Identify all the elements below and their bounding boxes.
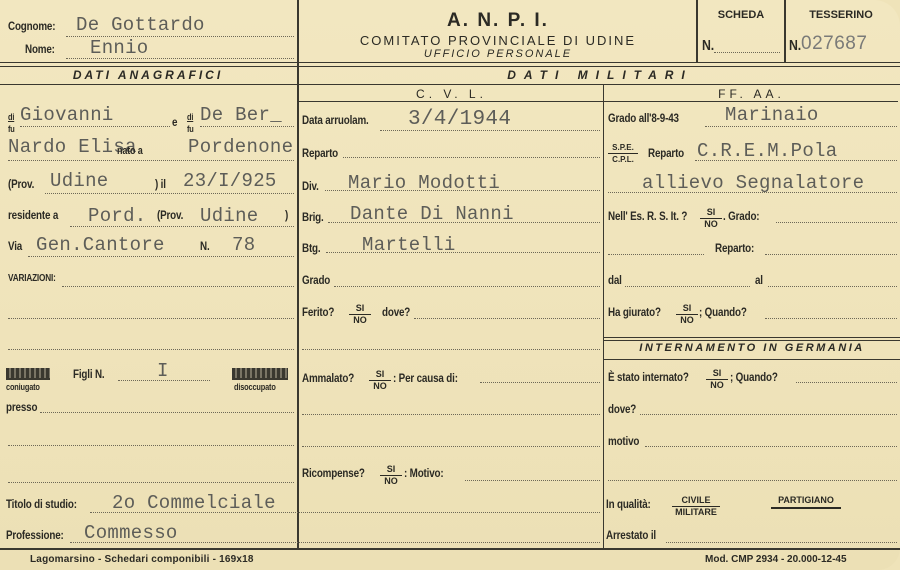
arrestato-line [666, 542, 897, 543]
rule-header [0, 62, 900, 63]
celibe-struck [6, 368, 50, 380]
internato-label: È stato internato? [608, 370, 689, 384]
nato-label: nato a [117, 145, 143, 157]
internamento-title: INTERNAMENTO IN GERMANIA [604, 342, 900, 354]
residente-value: Pord. [88, 205, 147, 227]
padre-line [20, 126, 170, 127]
esrsi-label: Nell' Es. R. S. It. ? [608, 209, 687, 223]
ferito-line-2 [302, 349, 600, 350]
prov-value: Udine [50, 170, 109, 192]
e-label: e [172, 115, 177, 129]
reparto-line [343, 157, 600, 158]
residente-line [70, 226, 294, 227]
rule-subsections [298, 101, 898, 102]
reparto2-line-left [608, 254, 704, 255]
data-arruolam-value: 3/4/1944 [408, 108, 511, 131]
giurato-quando-line [765, 318, 897, 319]
giurato-quando-label: ; Quando? [699, 305, 747, 319]
giurato-label: Ha giurato? [608, 305, 661, 319]
tesserino-label: TESSERINO [786, 9, 896, 21]
via-label: Via [8, 239, 22, 253]
ffaa-grado-line [705, 126, 897, 127]
internamento-motivo-line [645, 446, 897, 447]
reparto2-line [765, 254, 897, 255]
ammalato-si-no: SINO [369, 369, 391, 392]
nome-value: Ennio [90, 37, 149, 59]
ffaa-grado-label: Grado all'8-9-43 [608, 111, 679, 125]
numero-value: 78 [232, 234, 255, 256]
motivo-line [465, 480, 600, 481]
office-title: UFFICIO PERSONALE [300, 48, 696, 60]
reparto-label: Reparto [302, 146, 338, 160]
rule-footer [0, 548, 900, 550]
il-label: ) il [155, 177, 166, 191]
div-label: Div. [302, 179, 319, 193]
cognome-label: Cognome: [8, 19, 55, 33]
dati-anagrafici-title: DATI ANAGRAFICI [0, 68, 296, 82]
padre-di-label: di [8, 112, 14, 122]
internato-quando-line [796, 382, 897, 383]
esrsi-grado-label: . Grado: [723, 209, 759, 223]
figli-value: I [157, 360, 169, 382]
esrsi-si-no: SINO [700, 207, 722, 230]
ffaa-reparto-value-2: allievo Segnalatore [642, 172, 864, 194]
residente-prov-close: ) [285, 208, 288, 222]
arrestato-label: Arrestato il [606, 528, 656, 542]
variazioni-line-1 [62, 286, 294, 287]
ferito-si-no: SINO [349, 303, 371, 326]
prov-label: (Prov. [8, 177, 34, 191]
ffaa-reparto-line [695, 160, 897, 161]
data-arruolam-line [380, 130, 600, 131]
madre-fu-label: fu [187, 124, 194, 134]
ffaa-reparto-value: C.R.E.M.Pola [697, 140, 837, 162]
divider-cvl-ffaa [603, 85, 604, 548]
ffaa-reparto-label: Reparto [648, 146, 684, 160]
ferito-dove-line [414, 318, 600, 319]
brig-label: Brig. [302, 210, 324, 224]
presso-label: presso [6, 400, 37, 414]
dati-militari-title: DATI MILITARI [300, 68, 900, 82]
ferito-dove-label: dove? [382, 305, 410, 319]
titolo-studio-value: 2o Commelciale [112, 492, 276, 514]
tesserino-number: 027687 [801, 33, 867, 55]
cognome-value: De Gottardo [76, 14, 205, 36]
dal-line [625, 286, 750, 287]
professione-value: Commesso [84, 522, 178, 544]
residente-prov-label: (Prov. [157, 208, 183, 222]
qualita-label: In qualità: [606, 497, 651, 511]
anpi-record-card: Cognome: De Gottardo Nome: Ennio A. N. P… [0, 0, 900, 570]
nome-label: Nome: [25, 42, 55, 56]
ricompense-label: Ricompense? [302, 466, 365, 480]
committee-title: COMITATO PROVINCIALE DI UDINE [300, 33, 696, 48]
ffaa-title: FF. AA. [605, 87, 898, 101]
variazioni-label: VARIAZIONI: [8, 273, 56, 284]
internamento-motivo-label: motivo [608, 434, 639, 448]
div-line [325, 190, 600, 191]
al-label: al [755, 273, 763, 287]
residente-label: residente a [8, 208, 58, 222]
spe-cpl: S.P.E.C.P.L. [608, 142, 638, 165]
via-line [28, 256, 294, 257]
variazioni-line-2 [8, 318, 294, 319]
figli-label: Figli N. [73, 367, 104, 381]
footer-model: Mod. CMP 2934 - 20.000-12-45 [705, 554, 847, 565]
presso-line-2 [8, 445, 294, 446]
tesserino-n-label: N. [789, 37, 801, 54]
numero-label: N. [200, 239, 210, 253]
internamento-line-extra [608, 480, 897, 481]
grado-line [334, 286, 600, 287]
internato-si-no: SINO [706, 368, 728, 391]
brig-line [328, 222, 600, 223]
per-causa-line [480, 382, 600, 383]
ammalato-line-2 [302, 414, 600, 415]
professione-line [70, 542, 600, 543]
figli-line [118, 380, 210, 381]
madre-line [200, 126, 294, 127]
cvl-title: C. V. L. [300, 87, 603, 101]
rule-header-2 [0, 66, 900, 67]
extra-line [8, 482, 294, 483]
professione-label: Professione: [6, 528, 64, 542]
madre-di-label: di [187, 112, 193, 122]
grado-label: Grado [302, 273, 330, 287]
ammalato-label: Ammalato? [302, 371, 354, 385]
org-title: A. N. P. I. [300, 10, 696, 32]
coniugato-label: coniugato [6, 382, 40, 392]
footer-publisher: Lagomarsino - Schedari componibili - 169… [30, 554, 254, 565]
data-arruolam-label: Data arruolam. [302, 113, 369, 127]
variazioni-line-3 [8, 349, 294, 350]
dal-label: dal [608, 273, 622, 287]
internamento-dove-line [640, 414, 897, 415]
rule-internamento-bottom [604, 359, 900, 360]
padre-fu-label: fu [8, 124, 15, 134]
nato-line [8, 160, 294, 161]
rule-section [0, 84, 900, 85]
ammalato-line-3 [302, 446, 600, 447]
civile-militare: CIVILEMILITARE [672, 495, 720, 518]
ricompense-si-no: SINO [380, 464, 402, 487]
nato-value: Pordenone [188, 136, 293, 158]
scheda-n-label: N. [702, 37, 714, 54]
residente-prov-value: Udine [200, 205, 259, 227]
madre-value-1: De Ber_ [200, 104, 282, 126]
partigiano-label: PARTIGIANO [771, 495, 841, 509]
internamento-dove-label: dove? [608, 402, 636, 416]
disoccupato-label: disoccupato [234, 382, 276, 392]
per-causa-label: : Per causa di: [393, 371, 458, 385]
reparto2-label: Reparto: [715, 241, 754, 255]
divider-left [297, 0, 299, 548]
rule-internamento-top [604, 337, 900, 338]
al-line [768, 286, 897, 287]
prov-line [45, 193, 294, 194]
motivo-label: : Motivo: [404, 466, 444, 480]
padre-value: Giovanni [20, 104, 114, 126]
occupato-struck [232, 368, 288, 380]
esrsi-grado-line [776, 222, 897, 223]
btg-line [326, 252, 600, 253]
internato-quando-label: ; Quando? [730, 370, 778, 384]
titolo-studio-line [90, 512, 600, 513]
ffaa-grado-value: Marinaio [725, 104, 819, 126]
presso-line [40, 412, 294, 413]
via-value: Gen.Cantore [36, 234, 165, 256]
scheda-n-line [714, 52, 780, 53]
ffaa-reparto-line-2 [608, 192, 897, 193]
giurato-si-no: SINO [676, 303, 698, 326]
btg-label: Btg. [302, 241, 320, 255]
ferito-label: Ferito? [302, 305, 334, 319]
data-nascita-value: 23/I/925 [183, 170, 277, 192]
scheda-label: SCHEDA [698, 9, 784, 21]
rule-internamento-top2 [604, 340, 900, 341]
titolo-studio-label: Titolo di studio: [6, 497, 77, 511]
